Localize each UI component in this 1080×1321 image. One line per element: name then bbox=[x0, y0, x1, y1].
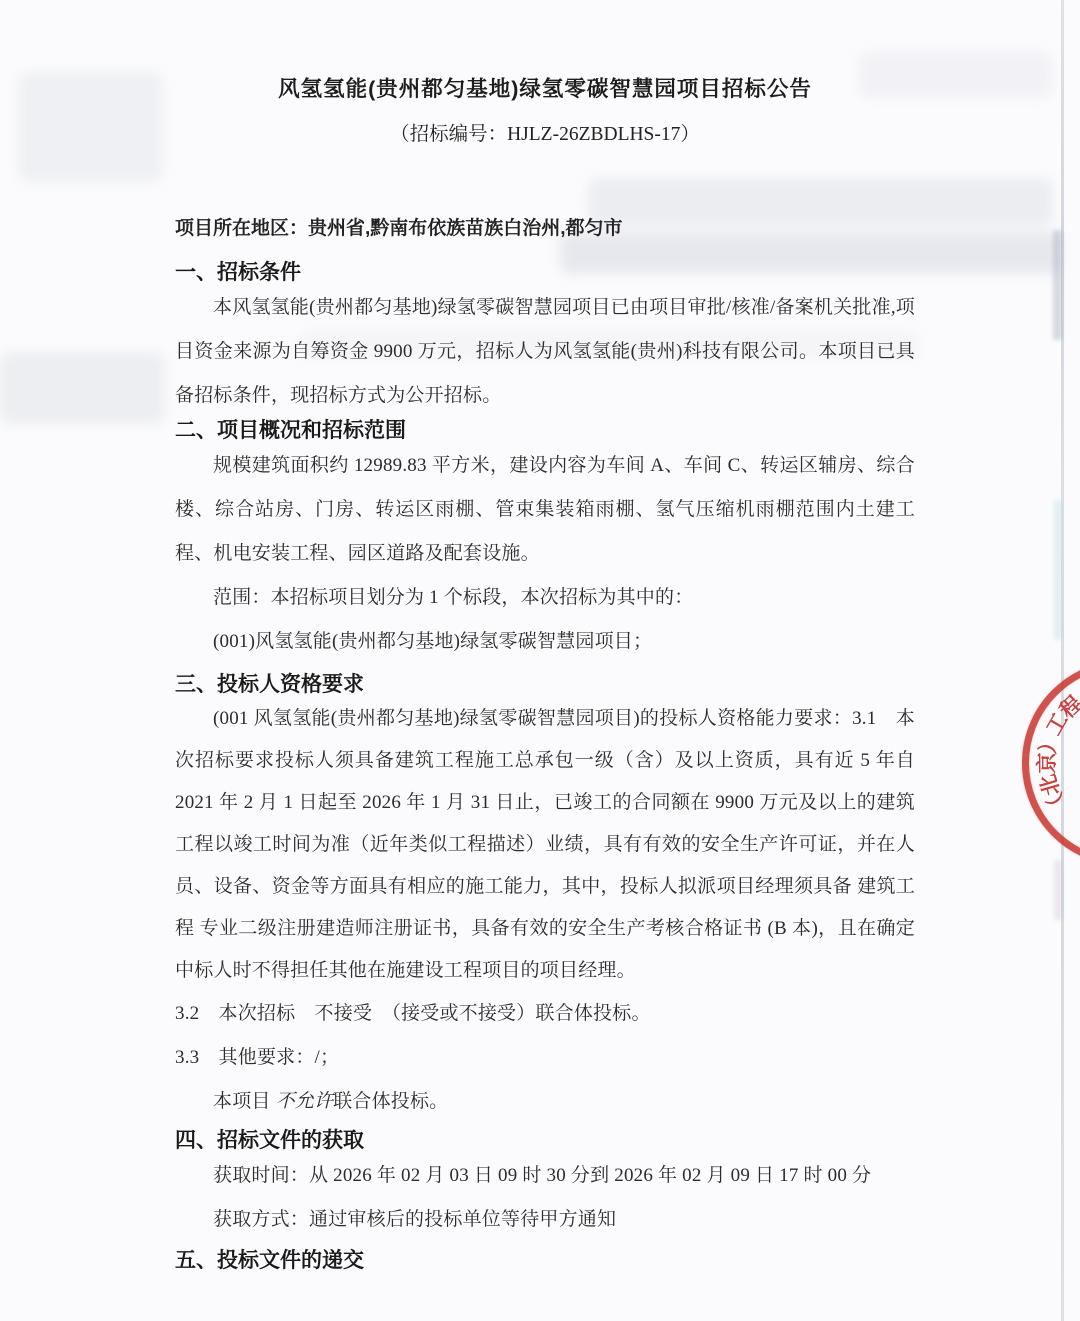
section-4-heading: 四、招标文件的获取 bbox=[175, 1128, 915, 1154]
project-location: 项目所在地区：贵州省,黔南布依族苗族白治州,都匀市 bbox=[175, 216, 915, 242]
scan-smudge bbox=[18, 72, 163, 182]
section-3-qualification-paragraph: (001 风氢氢能(贵州都匀基地)绿氢零碳智慧园项目)的投标人资格能力要求：3.… bbox=[175, 698, 915, 992]
seal-char: ） bbox=[1034, 727, 1066, 759]
section-2-scope-paragraph: 规模建筑面积约 12989.83 平方米，建设内容为车间 A、车间 C、转运区辅… bbox=[175, 444, 915, 576]
tender-number: （招标编号：HJLZ-26ZBDLHS-17） bbox=[175, 122, 915, 148]
scan-smudge bbox=[1054, 860, 1062, 920]
consortium-note-prefix: 本项目 bbox=[213, 1091, 276, 1112]
section-2-lot-line: (001)风氢氢能(贵州都匀基地)绿氢零碳智慧园项目； bbox=[175, 620, 915, 664]
seal-char: 北 bbox=[1034, 769, 1066, 801]
section-2-heading: 二、项目概况和招标范围 bbox=[175, 418, 915, 444]
section-2-range-line: 范围：本招标项目划分为 1 个标段，本次招标为其中的： bbox=[175, 576, 915, 620]
red-seal-ring bbox=[1022, 660, 1080, 866]
document-page: 风氢氢能(贵州都匀基地)绿氢零碳智慧园项目招标公告 （招标编号：HJLZ-26Z… bbox=[0, 0, 1080, 1321]
seal-char: 程 bbox=[1053, 689, 1080, 726]
consortium-note-emphasis: 不允许 bbox=[276, 1091, 334, 1112]
page-edge-line bbox=[1061, 0, 1064, 1321]
clause-3-2: 3.2 本次招标 不接受 （接受或不接受）联合体投标。 bbox=[175, 992, 915, 1036]
seal-char: 工 bbox=[1039, 706, 1075, 742]
red-seal: 程 工 ） 京 北 （ bbox=[1022, 660, 1080, 866]
acquisition-method-line: 获取方式：通过审核后的投标单位等待甲方通知 bbox=[175, 1198, 915, 1242]
doc-title: 风氢氢能(贵州都匀基地)绿氢零碳智慧园项目招标公告 bbox=[175, 76, 915, 102]
section-1-paragraph: 本风氢氢能(贵州都匀基地)绿氢零碳智慧园项目已由项目审批/核准/备案机关批准,项… bbox=[175, 286, 915, 418]
clause-3-3: 3.3 其他要求：/； bbox=[175, 1036, 915, 1080]
document-body: 风氢氢能(贵州都匀基地)绿氢零碳智慧园项目招标公告 （招标编号：HJLZ-26Z… bbox=[175, 0, 915, 1274]
section-3-heading: 三、投标人资格要求 bbox=[175, 672, 915, 698]
scan-smudge bbox=[1054, 500, 1062, 640]
section-5-heading: 五、投标文件的递交 bbox=[175, 1248, 915, 1274]
scan-smudge bbox=[1053, 230, 1062, 340]
seal-char: （ bbox=[1041, 786, 1077, 822]
acquisition-time-line: 获取时间：从 2026 年 02 月 03 日 09 时 30 分到 2026 … bbox=[175, 1154, 915, 1198]
seal-char: 京 bbox=[1034, 750, 1060, 776]
section-1-heading: 一、招标条件 bbox=[175, 260, 915, 286]
consortium-note: 本项目 不允许联合体投标。 bbox=[175, 1080, 915, 1124]
scan-smudge bbox=[0, 352, 165, 424]
consortium-note-suffix: 联合体投标。 bbox=[333, 1091, 448, 1112]
